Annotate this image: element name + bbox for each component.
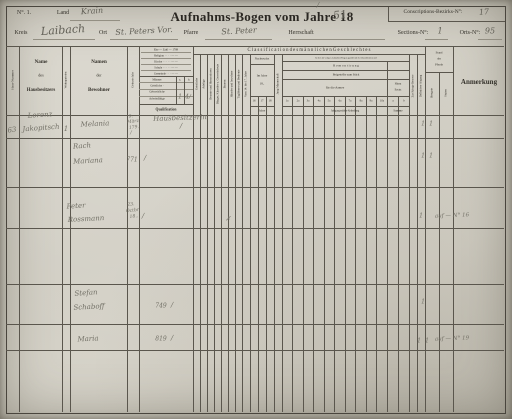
tick-mark: ∕ xyxy=(180,122,182,130)
grid-line xyxy=(250,96,274,97)
army-col: 9a xyxy=(370,100,373,103)
grid-line xyxy=(303,96,304,412)
grid-line xyxy=(6,115,504,116)
grid-line xyxy=(453,46,454,412)
grid-line xyxy=(387,61,388,412)
underline xyxy=(110,39,178,40)
grid-line xyxy=(141,52,191,53)
army-header-line: R e m o n t i r u n g xyxy=(333,64,359,67)
hand-resident-name: Schaboff xyxy=(73,302,104,312)
hand-birth-year: 819 xyxy=(155,336,166,343)
grid-line xyxy=(334,96,335,412)
land-label: Land xyxy=(57,10,69,16)
nachwuchs-footer: Jahre xyxy=(259,109,265,112)
hand-count: 1 xyxy=(178,94,182,101)
army-col: 2a xyxy=(296,100,299,103)
grid-line xyxy=(250,54,251,412)
nachwuchs-year: 16 xyxy=(253,100,256,103)
col-header-owner: Name xyxy=(34,59,47,64)
count-mark: 1 xyxy=(417,338,421,345)
underline xyxy=(70,20,120,21)
tick-mark: ∕ xyxy=(171,301,173,309)
conscription-district-value: 17 xyxy=(479,7,490,17)
grid-line xyxy=(242,54,243,412)
army-col: 10a xyxy=(379,100,383,103)
class-col-label: Bürger, Künstler u. Gewerbsleute xyxy=(217,64,220,104)
grid-line xyxy=(376,96,377,412)
underline xyxy=(290,39,385,40)
underline xyxy=(33,39,95,40)
pfarre-value-handwritten: St. Peter xyxy=(221,26,257,37)
grid-line xyxy=(221,54,222,412)
col-header-haus-nummer: Haus-Nummer xyxy=(11,70,14,90)
grid-line xyxy=(19,46,20,412)
grid-line xyxy=(207,54,208,412)
count-mark: 1 xyxy=(421,121,425,128)
grid-line xyxy=(345,96,346,412)
nachwuchs-year: 17 xyxy=(261,100,264,103)
hand-house-number: 63 xyxy=(7,125,17,134)
underline xyxy=(425,39,448,40)
grid-line xyxy=(6,138,504,139)
hand-birth-date: 18.. xyxy=(129,214,138,220)
ersatz-footer: Summe xyxy=(393,109,402,112)
orts-value-handwritten: 95 xyxy=(485,27,495,36)
cross-mark: ✗ xyxy=(225,216,230,223)
box-row: Arbeitsfähige xyxy=(149,98,165,101)
grid-line xyxy=(282,70,409,71)
grid-line xyxy=(417,54,418,412)
grid-line xyxy=(425,72,453,73)
jung-col-label: Jung-Mannschaft xyxy=(277,74,280,95)
box-row: Kirche · · · · · — — xyxy=(154,60,177,63)
grid-line xyxy=(6,228,504,229)
grid-line xyxy=(200,54,201,412)
grid-line xyxy=(292,96,293,412)
grid-line xyxy=(266,96,267,412)
col-header-owner: des xyxy=(38,74,44,78)
grid-line xyxy=(141,58,191,59)
grid-line xyxy=(139,104,193,105)
conscription-district-label: Conscriptions-Bezirks-N°: xyxy=(404,9,463,15)
box-row: Gemeinde · · · — — xyxy=(154,72,178,75)
army-col: 4a xyxy=(317,100,320,103)
pferde-col-label: Hengste xyxy=(431,88,434,98)
col-header-parteien: Wohnparteien xyxy=(65,72,68,89)
grid-line xyxy=(388,21,505,22)
grid-line xyxy=(62,46,63,412)
grid-line xyxy=(141,64,191,65)
sections-label: Sections-N°: xyxy=(398,30,429,36)
grid-line xyxy=(313,96,314,412)
nachwuchs-sub: Im Jahre xyxy=(257,75,267,78)
hand-birth-year: 749 xyxy=(155,303,166,310)
title-year-handwritten: 51 xyxy=(332,8,347,22)
tick-mark: ∕ xyxy=(171,334,173,342)
army-header-line: für die Armee xyxy=(325,86,343,89)
grid-line xyxy=(324,96,325,412)
grid-line xyxy=(409,54,410,412)
box-row: Ehe — Zahl — 1789 xyxy=(154,48,178,51)
hand-resident-name: Mariana xyxy=(73,156,103,166)
army-col: 6a xyxy=(338,100,341,103)
col-header-bewohner: Bewohner xyxy=(87,87,109,92)
army-header-line: Beigestellte zum Stück xyxy=(332,73,359,76)
grid-line xyxy=(250,64,274,65)
reserve-col-label: Zur Kriegs-Reserve xyxy=(412,75,415,98)
hand-count: 4∕ xyxy=(185,94,191,101)
col-header-bewohner: Namen xyxy=(91,59,107,64)
form-title: Aufnahms-Bogen vom Jahre 18 xyxy=(170,9,353,25)
grid-line xyxy=(282,106,409,107)
grid-line xyxy=(250,106,274,107)
grid-line xyxy=(70,46,71,412)
hand-birth-date: 23. xyxy=(127,202,135,208)
grid-line xyxy=(214,54,215,412)
anmerkung-header: Anmerkung xyxy=(461,78,497,86)
grid-line xyxy=(193,54,425,55)
hand-resident-name: Rach xyxy=(73,141,92,150)
grid-line xyxy=(282,96,409,97)
hand-resident-name: Melania xyxy=(80,119,109,128)
army-col: 3a xyxy=(307,100,310,103)
sections-value-handwritten: 1 xyxy=(437,27,442,36)
army-col: 5a xyxy=(328,100,331,103)
class-col-label: Beamte und Honoratioren xyxy=(210,68,213,99)
grid-line xyxy=(274,54,275,412)
grid-line xyxy=(439,72,440,412)
class-col-label: Häusler und Inwohner xyxy=(231,71,234,98)
grid-line xyxy=(388,7,389,21)
class-col-label: Taglöhner und Bediente xyxy=(237,70,240,99)
hand-resident-name: Maria xyxy=(77,334,98,343)
hand-resident-name: Stefan xyxy=(74,288,98,298)
count-mark: 1 xyxy=(419,213,423,220)
pferde-title: der xyxy=(437,58,441,61)
outer-frame xyxy=(6,6,506,414)
grid-line xyxy=(258,96,259,412)
grid-line xyxy=(193,46,194,412)
pferde-title: Pferde xyxy=(435,64,443,67)
orts-label: Orts-N°: xyxy=(460,30,481,36)
land-value-handwritten: Krain xyxy=(81,6,104,17)
grid-line xyxy=(366,96,367,412)
grid-line xyxy=(176,76,177,104)
army-col: 8a xyxy=(359,100,362,103)
count-mark: 1 xyxy=(429,153,433,160)
class-col-label: Bauern xyxy=(224,80,227,89)
pfarre-label: Pfarre xyxy=(184,30,199,36)
box-mid-header: Männer xyxy=(152,78,161,81)
grid-line xyxy=(127,46,128,412)
underline xyxy=(478,39,502,40)
hand-resident-name: Peter xyxy=(66,201,85,210)
col-header-bewohner: der xyxy=(96,74,101,78)
box-row: Gebrechliche xyxy=(149,91,164,94)
stray-pen-mark: ∕ xyxy=(317,1,319,9)
nachwuchs-year: 18 xyxy=(269,100,272,103)
grid-line xyxy=(282,61,409,62)
count-mark: 1 xyxy=(421,153,425,160)
tick-mark: ∕ xyxy=(142,212,144,220)
ersatz-title: Ersatz xyxy=(395,89,402,92)
col-header-owner: Hausbesitzers xyxy=(26,88,55,93)
class-col-label: Vom 14. bis 17. Jahre xyxy=(245,71,248,97)
herrschaft-label: Herrschaft xyxy=(288,30,313,36)
scanned-census-form: N°. 1. Land Krain Aufnahms-Bogen vom Jah… xyxy=(0,0,512,419)
ersatz-title: Hiezu xyxy=(395,83,401,86)
hand-anmerkung: auf — N° 19 xyxy=(435,335,469,342)
classification-title: C l a s s i f i c a t i o n d e s m ä n … xyxy=(248,48,371,53)
pferde-col-label: Stuten xyxy=(445,89,448,97)
grid-line xyxy=(6,187,504,188)
kreis-label: Kreis xyxy=(15,30,28,36)
nachwuchs-sub: 18.. xyxy=(260,83,265,86)
grid-line xyxy=(141,70,191,71)
grid-line xyxy=(6,350,504,351)
box-row: Schule · · · · · — — xyxy=(154,66,177,69)
grid-line xyxy=(425,46,426,412)
form-number: N°. 1. xyxy=(17,10,31,16)
grid-line xyxy=(355,96,356,412)
army-footer: Jahrgangsstärke-Abtheilung xyxy=(331,109,359,112)
class-col-label: Geistliche xyxy=(196,78,199,90)
army-col: 1a xyxy=(286,100,289,103)
box-col-b: b. xyxy=(187,78,189,81)
grid-line xyxy=(282,54,283,412)
box-row: Religion · · · · — — xyxy=(154,54,178,57)
box-footer: Qualification xyxy=(156,108,177,112)
army-col: 7a xyxy=(349,100,352,103)
grid-line xyxy=(282,79,409,80)
col-header-geburtsjahr: Geburts-Jahr xyxy=(132,72,135,88)
nachwuchs-title: Nachwuchs xyxy=(255,57,270,60)
count-mark: 1 xyxy=(425,338,429,345)
tick-mark: ∕ xyxy=(144,154,146,162)
class-col-label: Adelige xyxy=(203,79,206,89)
ersatz-col: a xyxy=(392,100,393,103)
ersatz-col: b xyxy=(403,100,405,103)
hand-birth-year: 771 xyxy=(126,157,137,164)
grid-line xyxy=(6,324,504,325)
grid-line xyxy=(139,46,140,412)
pferde-title: Stand xyxy=(436,52,443,55)
ort-label: Ort xyxy=(99,30,107,36)
count-mark: 1 xyxy=(421,299,425,306)
box-row: Geistliche · xyxy=(150,84,163,87)
tick-mark: ∕ xyxy=(130,130,132,136)
grid-line xyxy=(398,96,399,412)
hand-owner-name: Lorenz xyxy=(27,110,52,120)
grid-line xyxy=(235,54,236,412)
hand-partei-count: 1 xyxy=(64,125,68,133)
grid-line xyxy=(6,284,504,285)
grid-line xyxy=(228,54,229,412)
count-mark: 1 xyxy=(429,121,433,128)
army-header-line: In dem im vorigen Aufnahms-Bogen geprüft… xyxy=(315,56,376,58)
hand-anmerkung: auf — N° 16 xyxy=(435,212,469,219)
underline xyxy=(205,39,272,40)
abgang-col-label: Definitiver Abgang xyxy=(420,75,423,97)
box-col-a: a. xyxy=(179,78,181,81)
